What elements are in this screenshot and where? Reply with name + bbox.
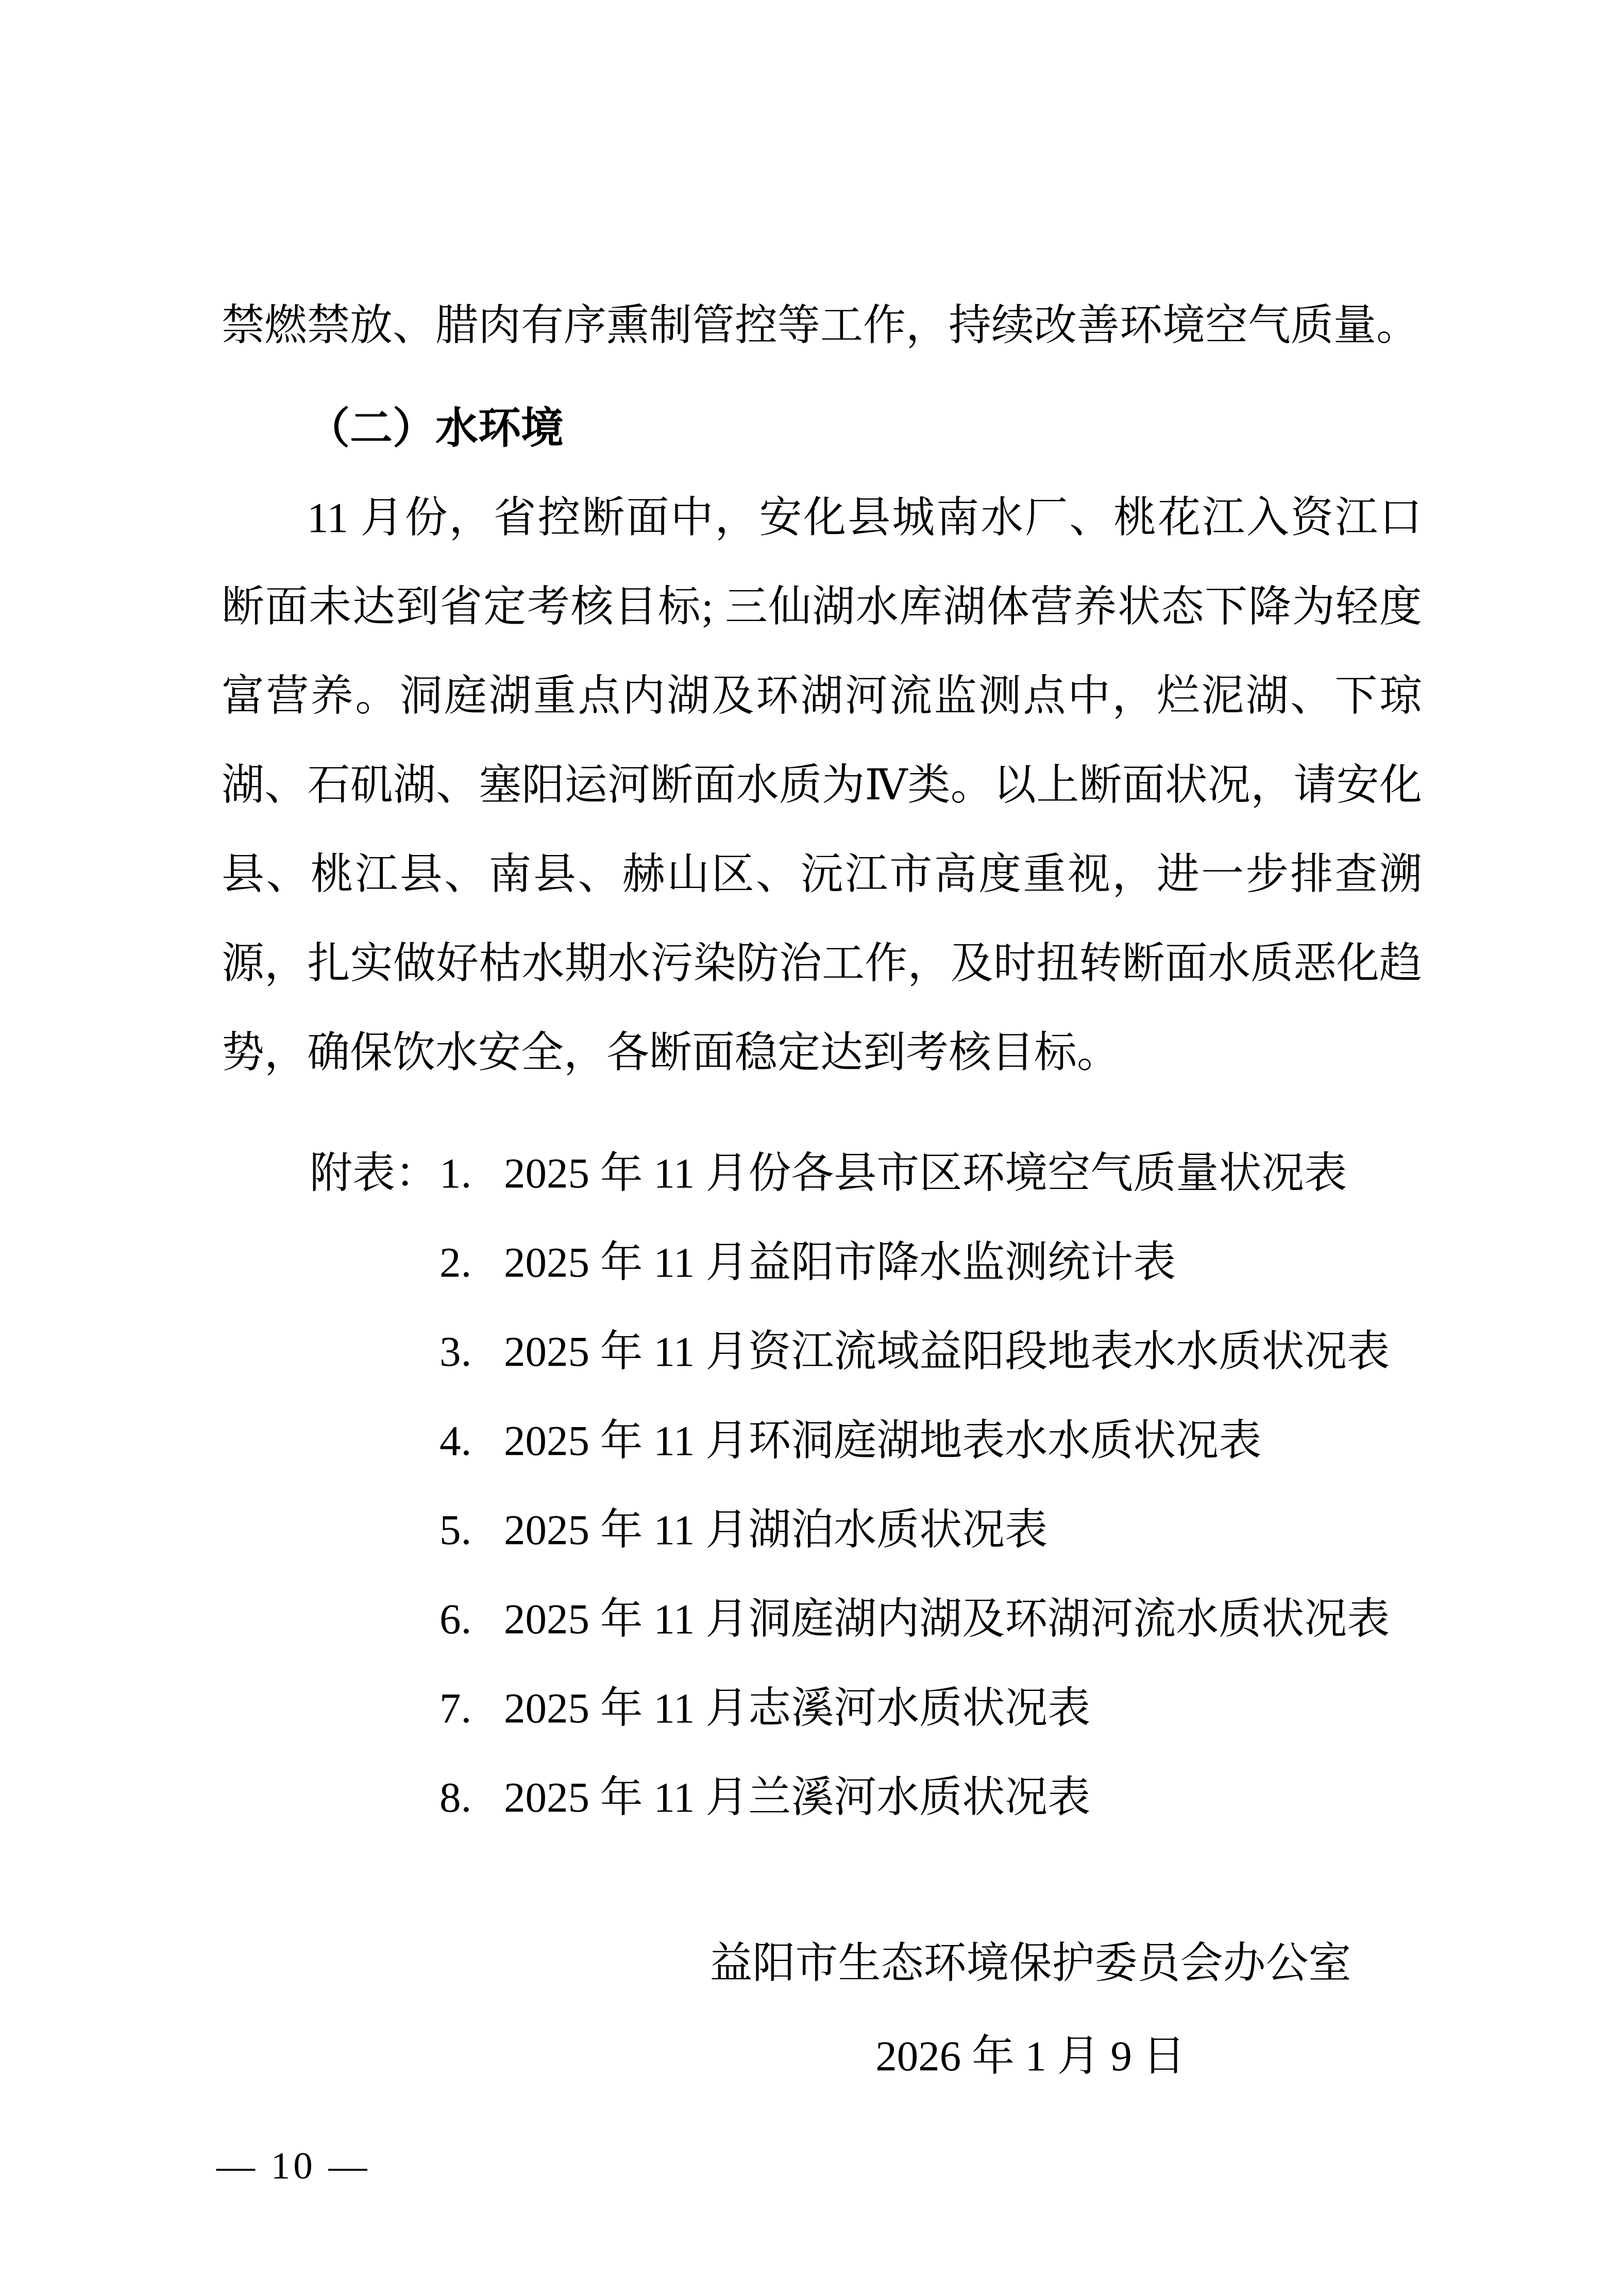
attachment-item-title: 2025 年 11 月份各县市区环境空气质量状况表 [504,1149,1347,1197]
attachment-item: 8.2025 年 11 月兰溪河水质状况表 [439,1753,1422,1842]
page-number: — 10 — [216,2144,370,2188]
attachments-section: 附表： 1.2025 年 11 月份各县市区环境空气质量状况表2.2025 年 … [222,1129,1422,1842]
attachment-item-title: 2025 年 11 月洞庭湖内湖及环湖河流水质状况表 [504,1595,1390,1643]
issue-date: 2026 年 1 月 9 日 [639,2009,1422,2102]
attachment-item: 6.2025 年 11 月洞庭湖内湖及环湖河流水质状况表 [439,1574,1422,1664]
attachment-item: 3.2025 年 11 月资江流域益阳段地表水水质状况表 [439,1307,1422,1396]
attachment-item-title: 2025 年 11 月志溪河水质状况表 [504,1684,1090,1732]
attachment-item-number: 6. [439,1574,504,1664]
document-body: 禁燃禁放、腊肉有序熏制管控等工作，持续改善环境空气质量。 （二）水环境 11 月… [222,281,1422,2102]
attachment-item: 7.2025 年 11 月志溪河水质状况表 [439,1664,1422,1753]
attachment-item-title: 2025 年 11 月湖泊水质状况表 [504,1506,1047,1553]
attachment-item-title: 2025 年 11 月资江流域益阳段地表水水质状况表 [504,1328,1390,1375]
issuing-office: 益阳市生态环境保护委员会办公室 [639,1917,1422,2009]
attachment-item-number: 1. [439,1129,504,1218]
paragraph-air-quality: 禁燃禁放、腊肉有序熏制管控等工作，持续改善环境空气质量。 [222,281,1422,370]
attachment-item-title: 2025 年 11 月兰溪河水质状况表 [504,1773,1090,1821]
attachment-item-number: 2. [439,1218,504,1307]
attachment-item: 5.2025 年 11 月湖泊水质状况表 [439,1485,1422,1574]
attachments-list: 1.2025 年 11 月份各县市区环境空气质量状况表2.2025 年 11 月… [222,1129,1422,1842]
attachment-item-number: 5. [439,1485,504,1574]
signature-block: 益阳市生态环境保护委员会办公室 2026 年 1 月 9 日 [639,1917,1422,2102]
attachment-item: 4.2025 年 11 月环洞庭湖地表水水质状况表 [439,1396,1422,1485]
attachment-item-number: 3. [439,1307,504,1396]
section-heading-water-environment: （二）水环境 [222,384,1422,473]
attachment-item: 2.2025 年 11 月益阳市降水监测统计表 [439,1218,1422,1307]
attachments-label: 附表： [310,1129,438,1218]
attachment-item-number: 4. [439,1396,504,1485]
attachment-item-number: 8. [439,1753,504,1842]
attachment-item: 1.2025 年 11 月份各县市区环境空气质量状况表 [439,1129,1422,1218]
attachment-item-number: 7. [439,1664,504,1753]
document-page: 禁燃禁放、腊肉有序熏制管控等工作，持续改善环境空气质量。 （二）水环境 11 月… [0,0,1623,2296]
paragraph-water-environment: 11 月份，省控断面中，安化县城南水厂、桃花江入资江口断面未达到省定考核目标; … [222,473,1422,1097]
attachment-item-title: 2025 年 11 月益阳市降水监测统计表 [504,1238,1176,1286]
attachment-item-title: 2025 年 11 月环洞庭湖地表水水质状况表 [504,1417,1261,1464]
